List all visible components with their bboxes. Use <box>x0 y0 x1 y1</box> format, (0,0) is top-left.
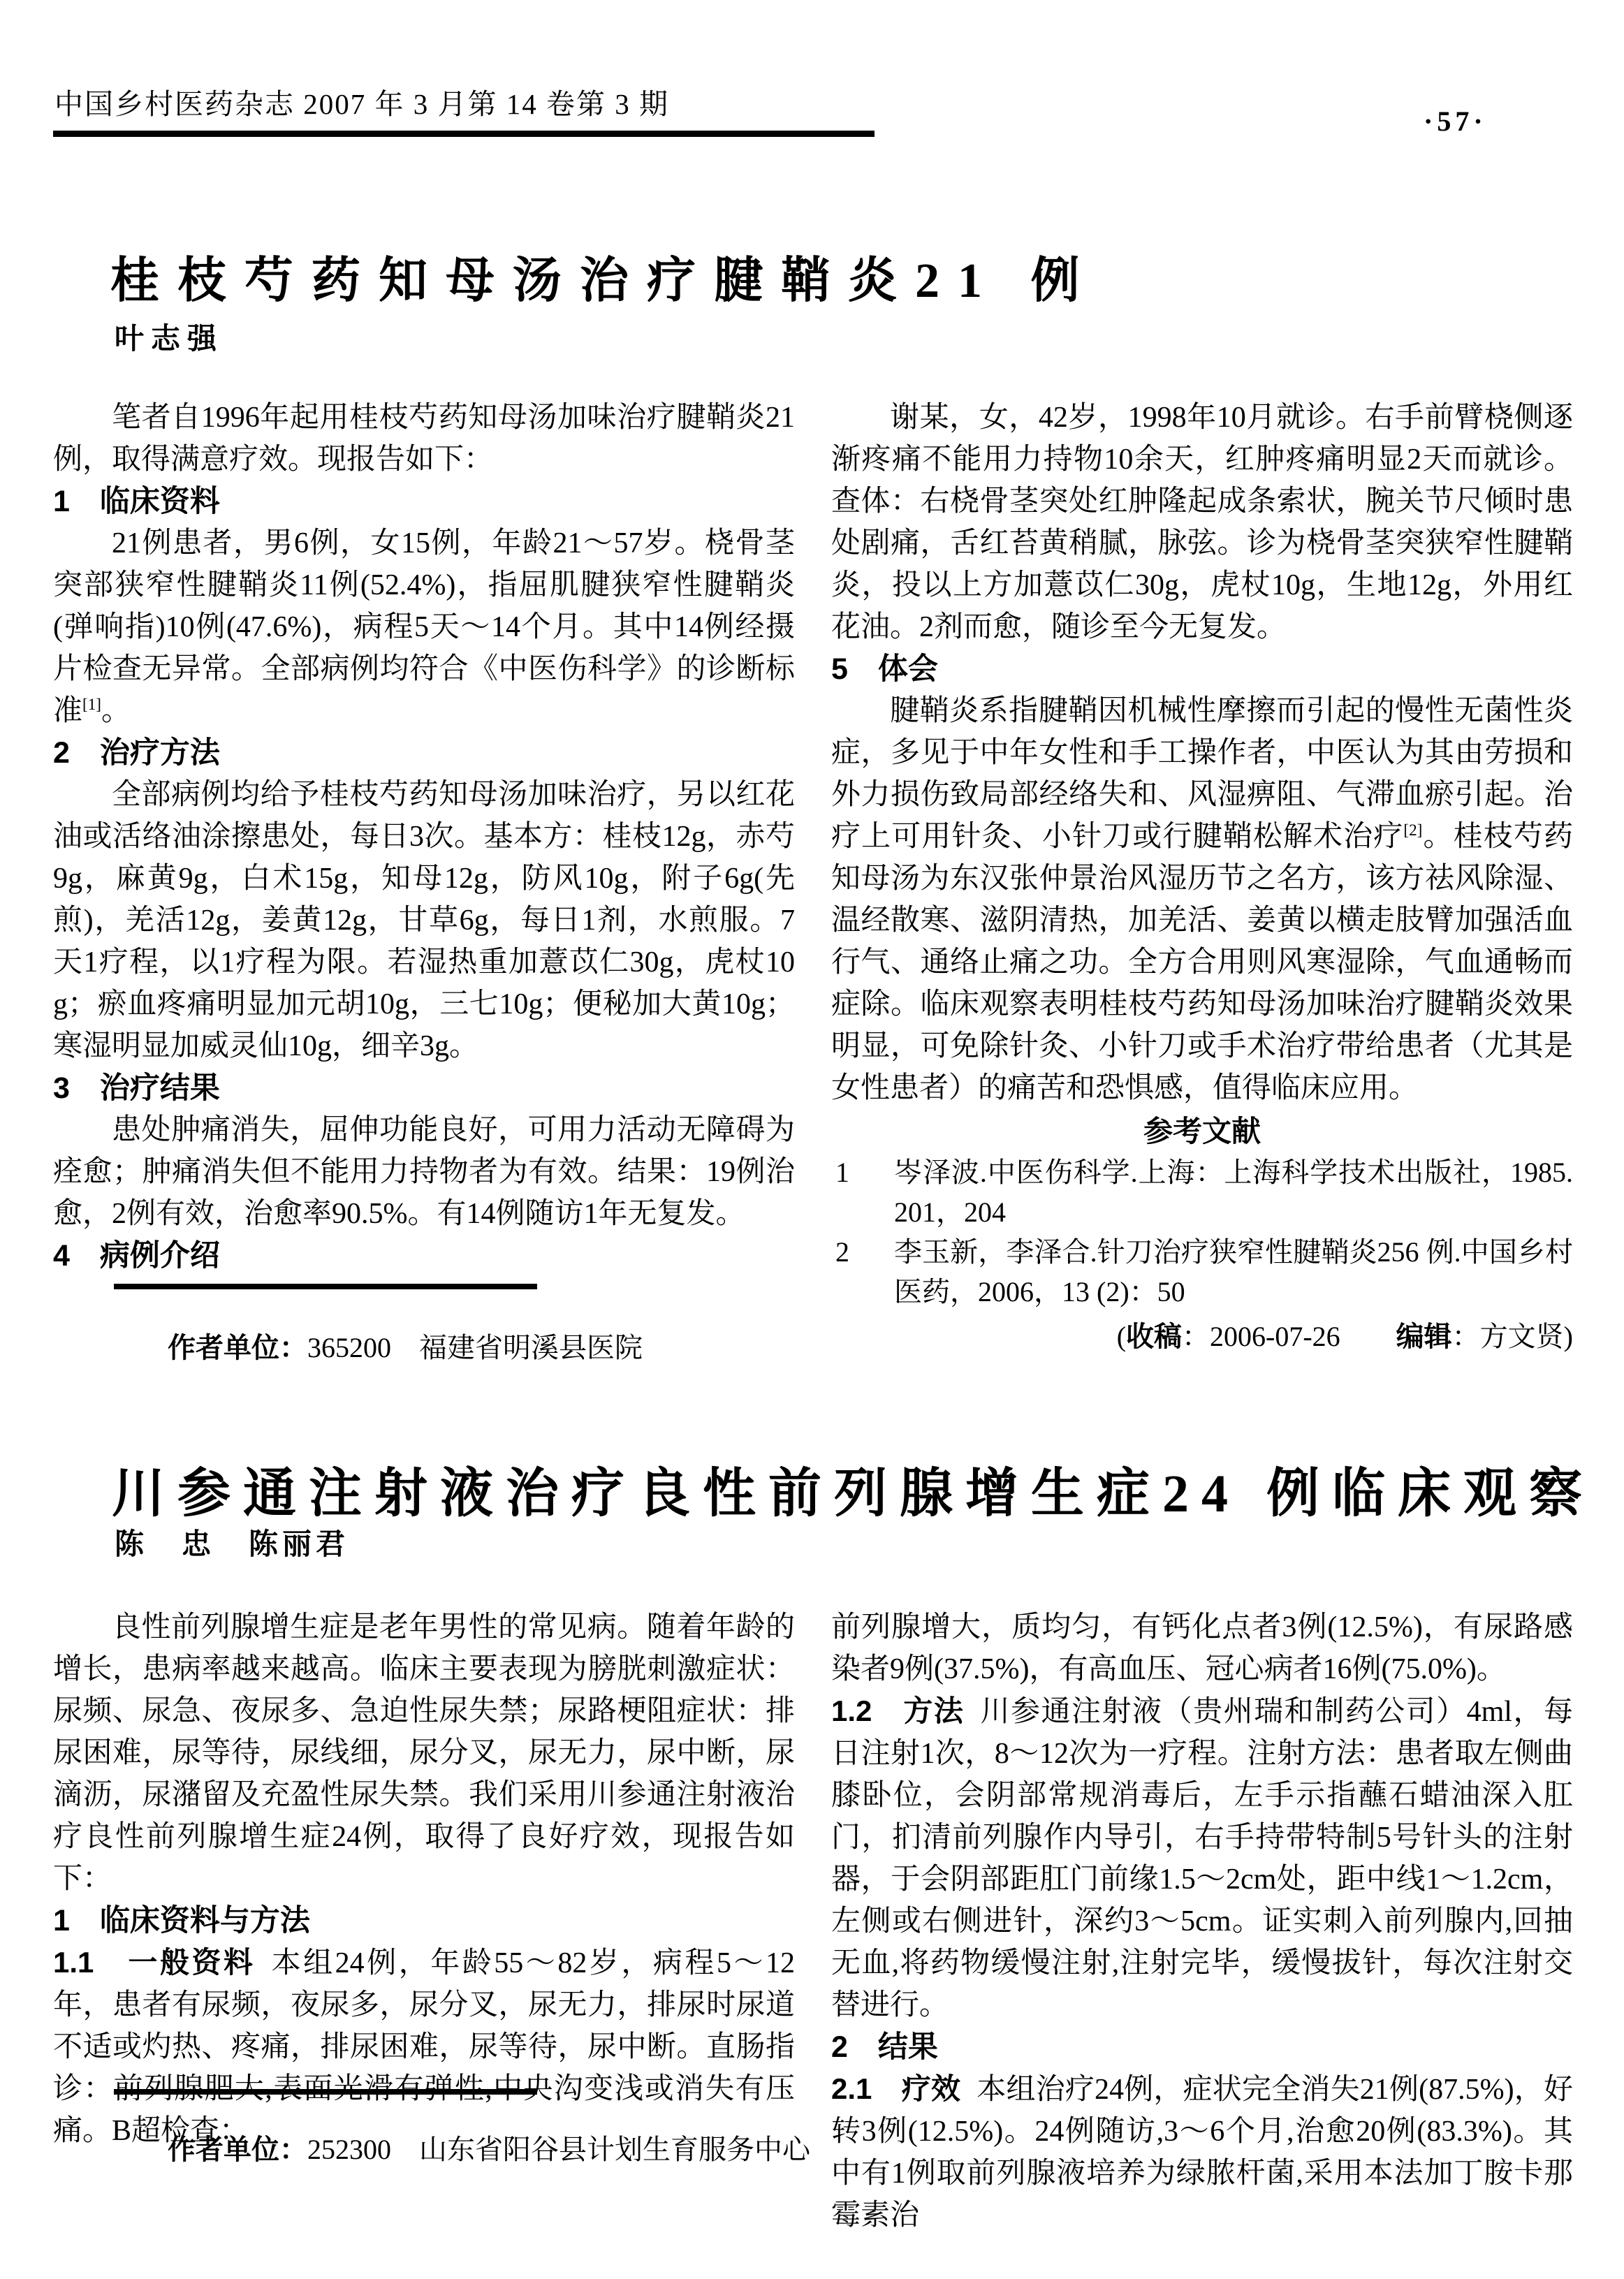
run-in-heading: 2.1 疗效 <box>831 2072 960 2105</box>
article2-title: 川参通注射液治疗良性前列腺增生症24 例临床观察 <box>112 1451 1595 1527</box>
clinical-data-paragraph: 21例患者，男6例，女15例，年龄21～57岁。桡骨茎突部狭窄性腱鞘炎11例(5… <box>53 522 795 732</box>
treatment-method-paragraph: 全部病例均给予桂枝芍药知母汤加味治疗，另以红花油或活络油涂擦患处，每日3次。基本… <box>53 774 795 1067</box>
received-editor-line: (收稿：2006-07-26 编辑：方文贤) <box>831 1316 1573 1358</box>
section-heading: 3 治疗结果 <box>53 1067 795 1109</box>
intro-paragraph: 笔者自1996年起用桂枝芍药知母汤加味治疗腱鞘炎21例，取得满意疗效。现报告如下… <box>53 397 795 481</box>
header-divider-rule <box>53 131 875 137</box>
article1-author-affiliation: 作者单位：365200 福建省明溪县医院 <box>168 1326 643 1365</box>
section-heading: 1 临床资料 <box>53 481 795 522</box>
case-report-paragraph: 谢某，女，42岁，1998年10月就诊。右手前臂桡侧逐渐疼痛不能用力持物10余天… <box>831 397 1573 648</box>
run-in-heading: 1.2 方法 <box>831 1694 964 1727</box>
article1-author: 叶志强 <box>115 316 224 358</box>
article1-title: 桂枝芍药知母汤治疗腱鞘炎21 例 <box>110 241 1098 312</box>
section-heading: 1 临床资料与方法 <box>53 1900 795 1942</box>
article2-author-affiliation: 作者单位：252300 山东省阳谷县计划生育服务中心 <box>168 2127 810 2167</box>
results-paragraph: 患处肿痛消失，屈伸功能良好，可用力活动无障碍为痊愈；肿痛消失但不能用力持物者为有… <box>53 1109 795 1235</box>
article1-footnote-rule <box>114 1284 537 1289</box>
bold-inline-label: 收稿 <box>1126 1321 1182 1352</box>
article2-right-column: 前列腺增大，质均匀，有钙化点者3例(12.5%)，有尿路感染者9例(37.5%)… <box>831 1606 1573 2236</box>
journal-header-line: 中国乡村医药杂志 2007 年 3 月第 14 卷第 3 期 <box>54 81 669 122</box>
article2-authors: 陈 忠 陈丽君 <box>115 1521 349 1563</box>
article2-left-column: 良性前列腺增生症是老年男性的常见病。随着年龄的增长，患病率越来越高。临床主要表现… <box>53 1606 795 2152</box>
section-heading: 5 体会 <box>831 648 1573 690</box>
intro-paragraph: 良性前列腺增生症是老年男性的常见病。随着年龄的增长，患病率越来越高。临床主要表现… <box>53 1606 795 1900</box>
reference-number: 1 <box>835 1152 849 1192</box>
section-heading: 2 结果 <box>831 2026 1573 2068</box>
reference-item: 2李玉新，李泽合.针刀治疗狭窄性腱鞘炎256 例.中国乡村医药，2006，13 … <box>831 1232 1573 1312</box>
references-heading: 参考文献 <box>831 1111 1573 1152</box>
article2-footnote-rule <box>114 2089 537 2095</box>
discussion-paragraph: 腱鞘炎系指腱鞘因机械性摩擦而引起的慢性无菌性炎症，多见于中年女性和手工操作者，中… <box>831 690 1573 1109</box>
affiliation-label: 作者单位： <box>168 1333 307 1363</box>
run-in-heading: 1.1 一般资料 <box>53 1946 256 1979</box>
article1-right-column: 谢某，女，42岁，1998年10月就诊。右手前臂桡侧逐渐疼痛不能用力持物10余天… <box>831 397 1573 1358</box>
journal-page: 中国乡村医药杂志 2007 年 3 月第 14 卷第 3 期 ·57· 桂枝芍药… <box>0 0 1624 2279</box>
citation-superscript: [2] <box>1403 821 1422 839</box>
ultrasound-continued-paragraph: 前列腺增大，质均匀，有钙化点者3例(12.5%)，有尿路感染者9例(37.5%)… <box>831 1606 1573 1690</box>
efficacy-paragraph: 2.1 疗效本组治疗24例，症状完全消失21例(87.5%)，好转3例(12.5… <box>831 2068 1573 2236</box>
affiliation-label: 作者单位： <box>168 2134 307 2165</box>
general-data-paragraph: 1.1 一般资料本组24例，年龄55～82岁，病程5～12年，患者有尿频，夜尿多… <box>53 1942 795 2152</box>
section-heading: 4 病例介绍 <box>53 1235 795 1277</box>
affiliation-text: 365200 福建省明溪县医院 <box>307 1332 643 1363</box>
section-heading: 2 治疗方法 <box>53 732 795 774</box>
method-paragraph: 1.2 方法川参通注射液（贵州瑞和制药公司）4ml，每日注射1次，8～12次为一… <box>831 1690 1573 2026</box>
reference-item: 1岑泽波.中医伤科学.上海：上海科学技术出版社，1985. 201，204 <box>831 1152 1573 1232</box>
article1-left-column: 笔者自1996年起用桂枝芍药知母汤加味治疗腱鞘炎21例，取得满意疗效。现报告如下… <box>53 397 795 1277</box>
page-number: ·57· <box>1424 105 1487 138</box>
citation-superscript: [1] <box>82 695 101 713</box>
reference-number: 2 <box>835 1232 849 1272</box>
bold-inline-label: 编辑 <box>1396 1321 1452 1352</box>
affiliation-text: 252300 山东省阳谷县计划生育服务中心 <box>307 2134 810 2165</box>
